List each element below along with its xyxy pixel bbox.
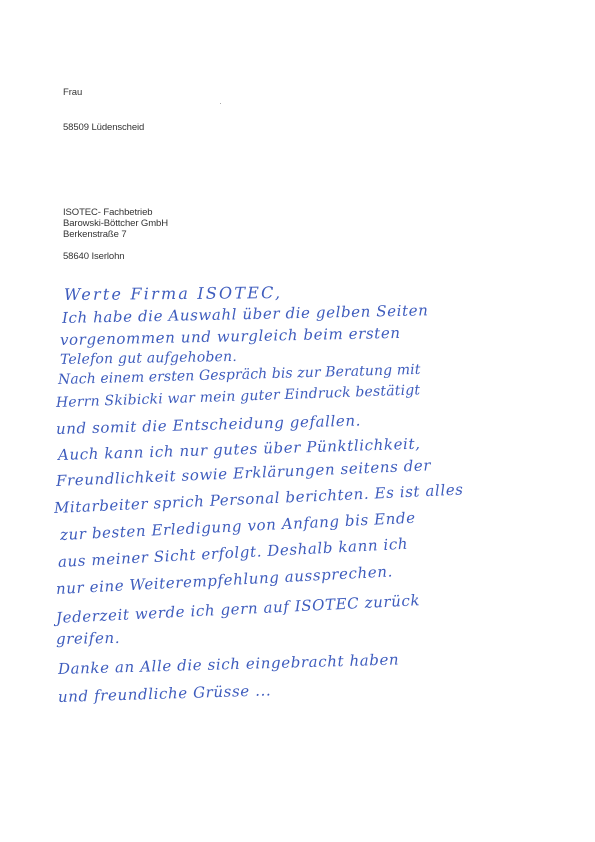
scan-speck <box>220 103 221 104</box>
letter-line: Telefon gut aufgehoben. <box>60 349 237 368</box>
sender-city: 58509 Lüdenscheid <box>63 122 144 133</box>
letter-line: Danke an Alle die sich eingebracht haben <box>58 650 400 678</box>
letter-line: Jederzeit werde ich gern auf ISOTEC zurü… <box>56 591 421 627</box>
recipient-company-name: Barowski-Böttcher GmbH <box>63 218 168 229</box>
letter-closing: und freundliche Grüsse ... <box>58 681 272 706</box>
sender-salutation: Frau <box>63 87 82 98</box>
letter-line: Herrn Skibicki war mein guter Eindruck b… <box>56 382 421 411</box>
recipient-city: 58640 Iserlohn <box>63 251 124 262</box>
letter-greeting: Werte Firma ISOTEC, <box>64 283 282 304</box>
letter-line: und somit die Entscheidung gefallen. <box>56 411 362 438</box>
recipient-street: Berkenstraße 7 <box>63 229 127 240</box>
letter-line: vorgenommen und wurgleich beim ersten <box>60 324 401 349</box>
letter-line: Ich habe die Auswahl über die gelben Sei… <box>62 301 429 327</box>
recipient-company: ISOTEC- Fachbetrieb <box>63 207 152 218</box>
letter-line: greifen. <box>56 629 120 648</box>
letter-page: Frau 58509 Lüdenscheid ISOTEC- Fachbetri… <box>0 0 595 842</box>
